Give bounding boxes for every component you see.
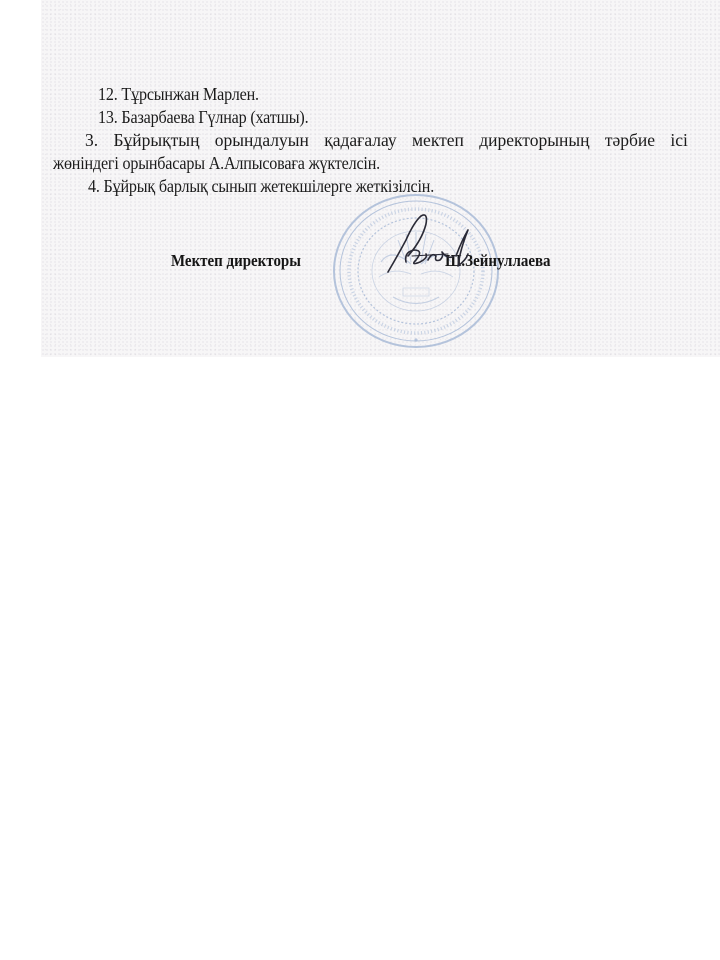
handwritten-signature-icon <box>376 210 476 280</box>
list-item: 13. Базарбаева Гүлнар (хатшы). <box>98 107 308 128</box>
paragraph-3-line-1: 3. Бұйрықтың орындалуын қадағалау мектеп… <box>85 130 688 151</box>
paragraph-3-line-2: жөніндегі орынбасары А.Алпысоваға жүктел… <box>53 153 380 174</box>
word: ісі <box>670 130 688 151</box>
word: мектеп <box>412 130 464 151</box>
list-item-number: 13. <box>98 107 118 127</box>
scanned-document-page: 12. Тұрсынжан Марлен. 13. Базарбаева Гүл… <box>41 0 720 357</box>
list-item-number: 12. <box>98 84 118 104</box>
list-item-text: Базарбаева Гүлнар (хатшы). <box>121 107 308 127</box>
word: директорының <box>479 130 589 151</box>
list-item: 12. Тұрсынжан Марлен. <box>98 84 259 105</box>
signatory-title: Мектеп директоры <box>171 251 301 271</box>
word: Бұйрықтың <box>113 130 199 151</box>
word: орындалуын <box>215 130 309 151</box>
paragraph-4: 4. Бұйрық барлық сынып жетекшілерге жетк… <box>88 176 434 197</box>
word: 3. <box>85 130 98 151</box>
word: қадағалау <box>324 130 396 151</box>
list-item-text: Тұрсынжан Марлен. <box>121 84 258 104</box>
word: тәрбие <box>605 130 655 151</box>
